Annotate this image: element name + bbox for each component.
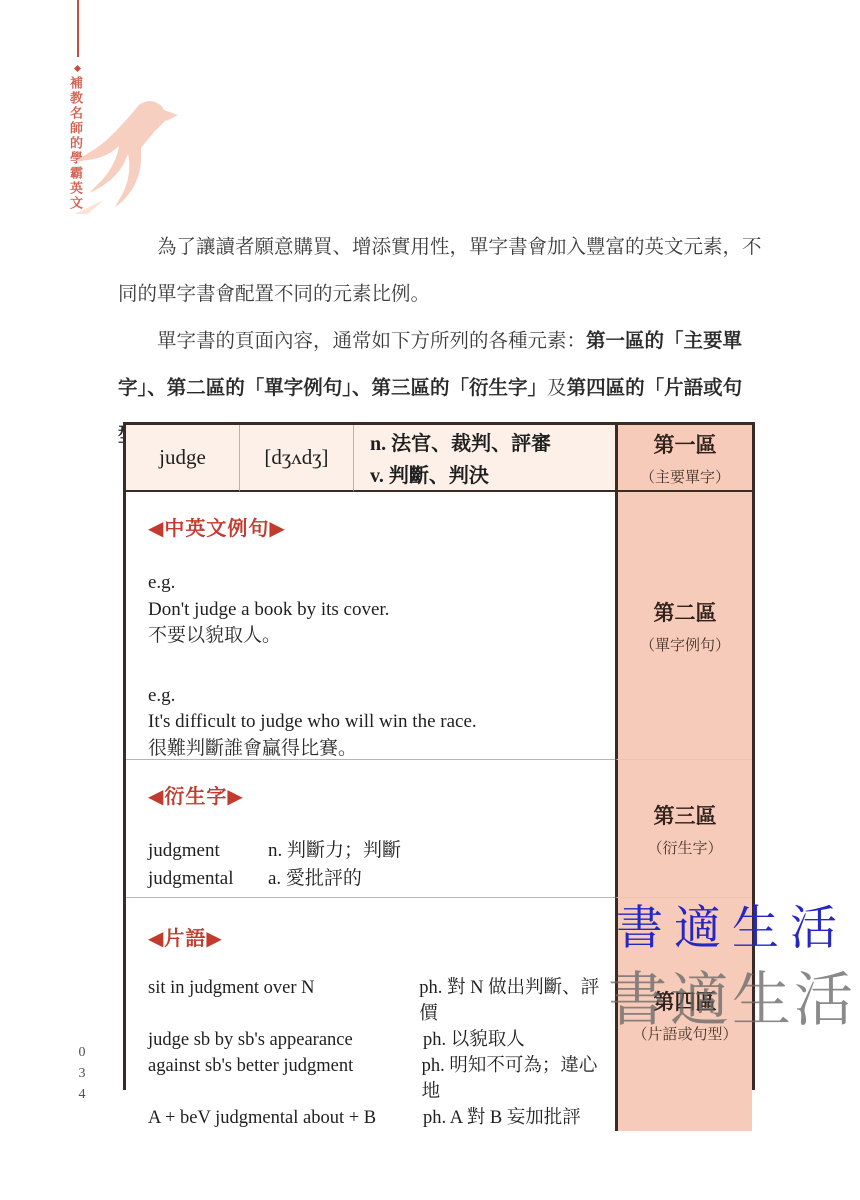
example-1: e.g. Don't judge a book by its cover. 不要…	[148, 570, 615, 650]
zone-3-title: 第三區	[654, 800, 717, 830]
intro-p2-prefix: 單字書的頁面內容，通常如下方所列的各種元素：	[157, 330, 586, 352]
example-2: e.g. It's difficult to judge who will wi…	[148, 683, 615, 763]
phrase-3-chinese: ph. 明知不可為；違心地	[422, 1053, 615, 1105]
phrase-2-english: judge sb by sb's appearance	[148, 1027, 423, 1053]
example-2-english: It's difficult to judge who will win the…	[148, 709, 615, 736]
phrases-section: ◀片語▶ sit in judgment over N ph. 對 N 做出判斷…	[126, 898, 615, 1131]
phrases-heading: ◀片語▶	[148, 922, 615, 951]
zone-2-title: 第二區	[654, 597, 717, 627]
watermark-gray: 書適生活	[608, 952, 856, 1037]
derivatives-section: ◀衍生字▶ judgment n. 判斷力；判斷 judgmental a. 愛…	[126, 760, 615, 898]
phrase-4-chinese: ph. A 對 B 妄加批評	[423, 1105, 581, 1131]
brand-diamond-icon	[74, 65, 81, 72]
derivative-1-def: n. 判斷力；判斷	[268, 837, 401, 865]
example-1-chinese: 不要以貌取人。	[148, 623, 615, 650]
brand-vertical-rule	[77, 0, 79, 57]
intro-p2-zone3: 第三區的「衍生字」	[372, 377, 548, 399]
examples-heading: ◀中英文例句▶	[148, 512, 615, 541]
phonetic-cell: [dʒʌdʒ]	[240, 425, 354, 492]
derivative-2-def: a. 愛批評的	[268, 865, 362, 893]
phrase-row: A + beV judgmental about + B ph. A 對 B 妄…	[148, 1105, 615, 1131]
intro-paragraph-1: 為了讓讀者願意購買、增添實用性，單字書會加入豐富的英文元素，不同的單字書會配置不…	[118, 224, 766, 318]
phrase-3-english: against sb's better judgment	[148, 1053, 422, 1105]
derivative-row: judgment n. 判斷力；判斷	[148, 837, 615, 865]
zone-1-subtitle: （主要單字）	[640, 466, 730, 487]
intro-p2-conjunction: 及	[547, 377, 567, 399]
phrase-1-chinese: ph. 對 N 做出判斷、評價	[419, 975, 615, 1027]
example-1-english: Don't judge a book by its cover.	[148, 597, 615, 624]
phrase-1-english: sit in judgment over N	[148, 975, 419, 1027]
phrase-row: sit in judgment over N ph. 對 N 做出判斷、評價	[148, 975, 615, 1027]
page-number-digit: 3	[74, 1063, 90, 1084]
zone-3-subtitle: （衍生字）	[647, 837, 722, 858]
headword-cell: judge	[126, 425, 240, 492]
book-page: 補教名師的學霸英文 為了讓讀者願意購買、增添實用性，單字書會加入豐富的英文元素，…	[0, 0, 860, 1200]
zone-2-subtitle: （單字例句）	[640, 634, 730, 655]
phrase-row: against sb's better judgment ph. 明知不可為；違…	[148, 1053, 615, 1105]
zone-label-3: 第三區 （衍生字）	[615, 760, 752, 898]
example-2-tag: e.g.	[148, 683, 615, 710]
zone-1-title: 第一區	[654, 429, 717, 459]
derivative-1-word: judgment	[148, 837, 268, 865]
intro-p2-zone2: 第二區的「單字例句」、	[167, 377, 372, 399]
phrases-list: sit in judgment over N ph. 對 N 做出判斷、評價 j…	[148, 975, 615, 1131]
zone-label-1: 第一區 （主要單字）	[615, 425, 752, 492]
watermark-blue: 書適生活	[616, 891, 848, 958]
phrase-row: judge sb by sb's appearance ph. 以貌取人	[148, 1027, 615, 1053]
bird-logo-icon	[74, 96, 178, 214]
derivatives-heading: ◀衍生字▶	[148, 780, 615, 809]
page-number-digit: 4	[74, 1084, 90, 1105]
derivative-2-word: judgmental	[148, 865, 268, 893]
derivatives-list: judgment n. 判斷力；判斷 judgmental a. 愛批評的	[148, 837, 615, 892]
meaning-verb: v. 判斷、判決	[370, 459, 489, 488]
zone-label-2: 第二區 （單字例句）	[615, 492, 752, 760]
meanings-cell: n. 法官、裁判、評審 v. 判斷、判決	[354, 425, 615, 492]
phrase-2-chinese: ph. 以貌取人	[423, 1027, 525, 1053]
page-number-digit: 0	[74, 1042, 90, 1063]
derivative-row: judgmental a. 愛批評的	[148, 865, 615, 893]
phrase-4-english: A + beV judgmental about + B	[148, 1105, 423, 1131]
page-number: 0 3 4	[74, 1042, 90, 1105]
meaning-noun: n. 法官、裁判、評審	[370, 427, 551, 456]
example-2-chinese: 很難判斷誰會贏得比賽。	[148, 736, 615, 763]
example-1-tag: e.g.	[148, 570, 615, 597]
examples-section: ◀中英文例句▶ e.g. Don't judge a book by its c…	[126, 492, 615, 760]
